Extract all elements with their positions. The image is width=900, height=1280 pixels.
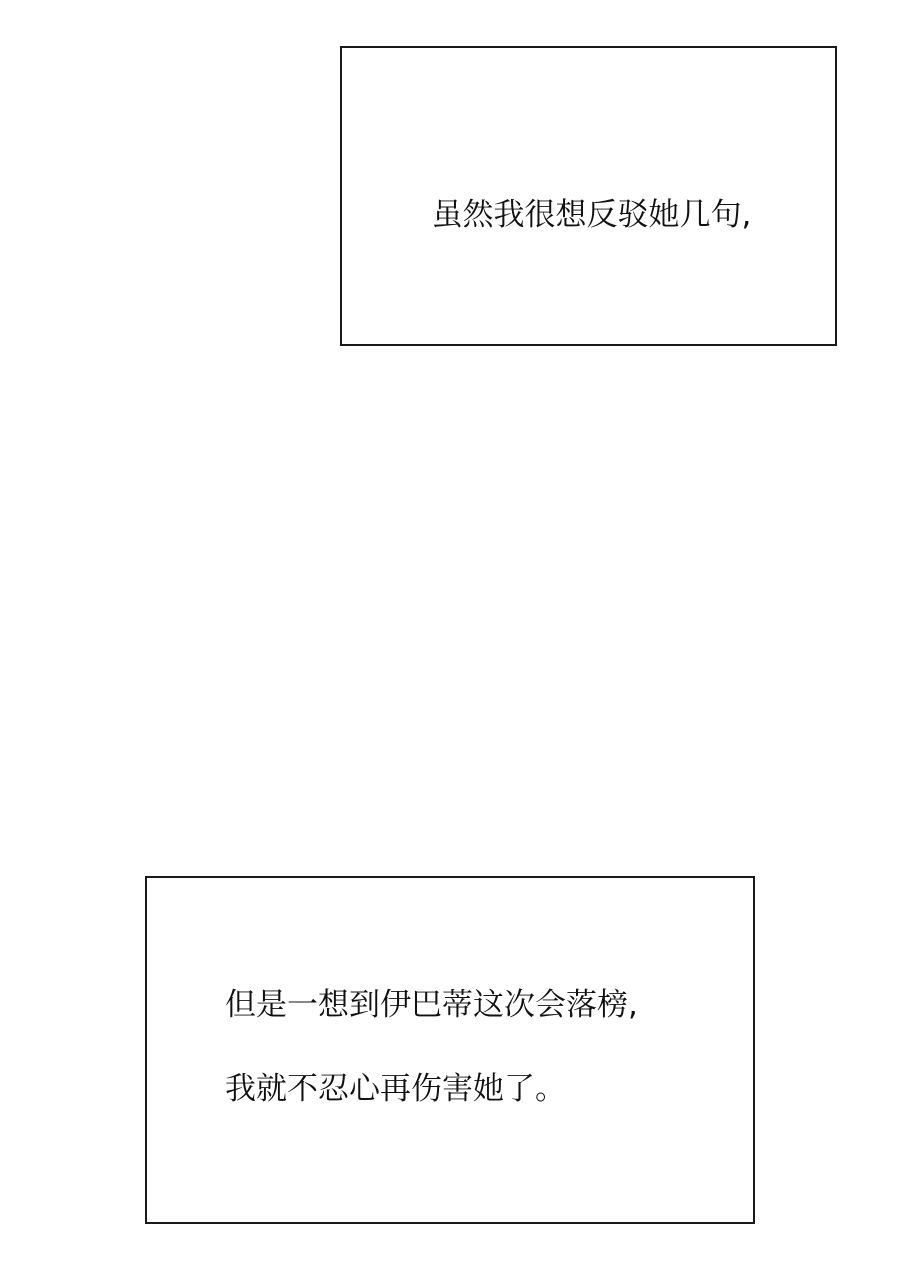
caption-line: 我就不忍心再伤害她了。 (225, 1068, 638, 1110)
caption-box-top: 虽然我很想反驳她几句, (340, 46, 837, 346)
caption-line: 但是一想到伊巴蒂这次会落榜, (225, 984, 638, 1026)
caption-text-top: 虽然我很想反驳她几句, (432, 152, 752, 236)
caption-box-bottom: 但是一想到伊巴蒂这次会落榜, 我就不忍心再伤害她了。 (145, 876, 755, 1224)
caption-line: 虽然我很想反驳她几句, (432, 197, 752, 233)
caption-text-bottom: 但是一想到伊巴蒂这次会落榜, 我就不忍心再伤害她了。 (225, 942, 638, 1152)
